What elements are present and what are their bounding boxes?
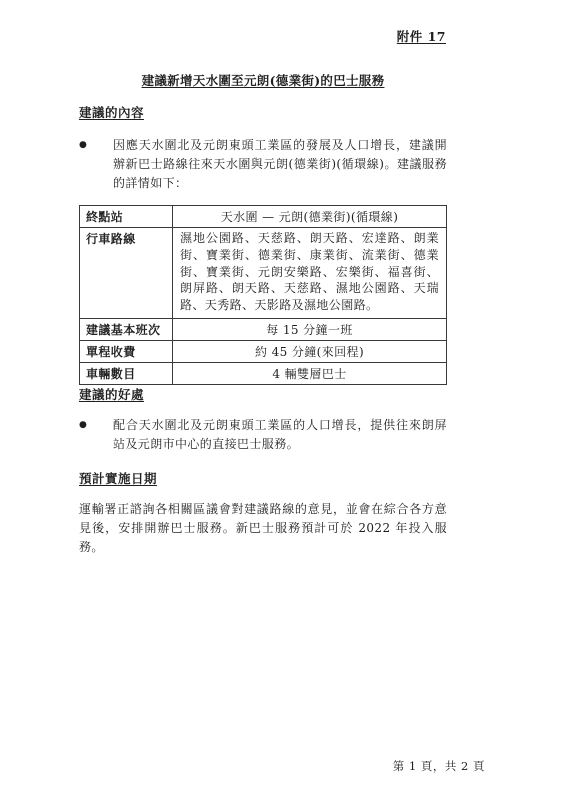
- document-page: 附件 17 建議新增天水圍至元朗(德業街)的巴士服務 建議的內容 ● 因應天水圍…: [0, 0, 566, 800]
- page-title: 建議新增天水圍至元朗(德業街)的巴士服務: [79, 71, 447, 89]
- page-title-text: 建議新增天水圍至元朗(德業街)的巴士服務: [142, 73, 385, 88]
- proposal-bullet-item: ● 因應天水圍北及元朗東頭工業區的發展及人口增長，建議開辦新巴士路線往來天水圍與…: [79, 136, 447, 193]
- service-details-table: 終點站 天水圍 — 元朗(德業街)(循環線) 行車路線 濕地公園路、天慈路、朗天…: [79, 205, 447, 385]
- table-row: 車輛數目 4 輛雙層巴士: [80, 362, 447, 384]
- proposal-bullet-text: 因應天水圍北及元朗東頭工業區的發展及人口增長，建議開辦新巴士路線往來天水圍與元朗…: [113, 136, 447, 193]
- table-row: 建議基本班次 每 15 分鐘一班: [80, 318, 447, 340]
- section-heading-implementation: 預計實施日期: [79, 469, 157, 487]
- benefits-bullet-text: 配合天水圍北及元朗東頭工業區的人口增長，提供往來朗屏站及元朗市中心的直接巴士服務…: [113, 416, 447, 454]
- row-label-fare: 單程收費: [80, 340, 173, 362]
- row-value-vehicles: 4 輛雙層巴士: [173, 362, 447, 384]
- row-label-frequency: 建議基本班次: [80, 318, 173, 340]
- annex-label: 附件 17: [397, 27, 446, 45]
- row-value-fare: 約 45 分鐘(來回程): [173, 340, 447, 362]
- table-row: 終點站 天水圍 — 元朗(德業街)(循環線): [80, 206, 447, 228]
- table-row: 單程收費 約 45 分鐘(來回程): [80, 340, 447, 362]
- section-heading-benefits: 建議的好處: [79, 385, 144, 403]
- bullet-icon: ●: [79, 416, 113, 435]
- benefits-bullet-item: ● 配合天水圍北及元朗東頭工業區的人口增長，提供往來朗屏站及元朗市中心的直接巴士…: [79, 416, 447, 454]
- row-label-vehicles: 車輛數目: [80, 362, 173, 384]
- row-value-route: 濕地公園路、天慈路、朗天路、宏達路、朗業街、寶業街、德業街、康業街、流業街、德業…: [173, 228, 447, 319]
- bullet-icon: ●: [79, 136, 113, 155]
- page-number: 第 1 頁，共 2 頁: [393, 758, 485, 774]
- row-value-terminus: 天水圍 — 元朗(德業街)(循環線): [173, 206, 447, 228]
- section-heading-proposal: 建議的內容: [79, 103, 144, 121]
- row-label-route: 行車路線: [80, 228, 173, 319]
- table-row: 行車路線 濕地公園路、天慈路、朗天路、宏達路、朗業街、寶業街、德業街、康業街、流…: [80, 228, 447, 319]
- row-value-frequency: 每 15 分鐘一班: [173, 318, 447, 340]
- implementation-paragraph: 運輸署正諮詢各相關區議會對建議路線的意見，並會在綜合各方意見後，安排開辦巴士服務…: [79, 500, 447, 557]
- row-label-terminus: 終點站: [80, 206, 173, 228]
